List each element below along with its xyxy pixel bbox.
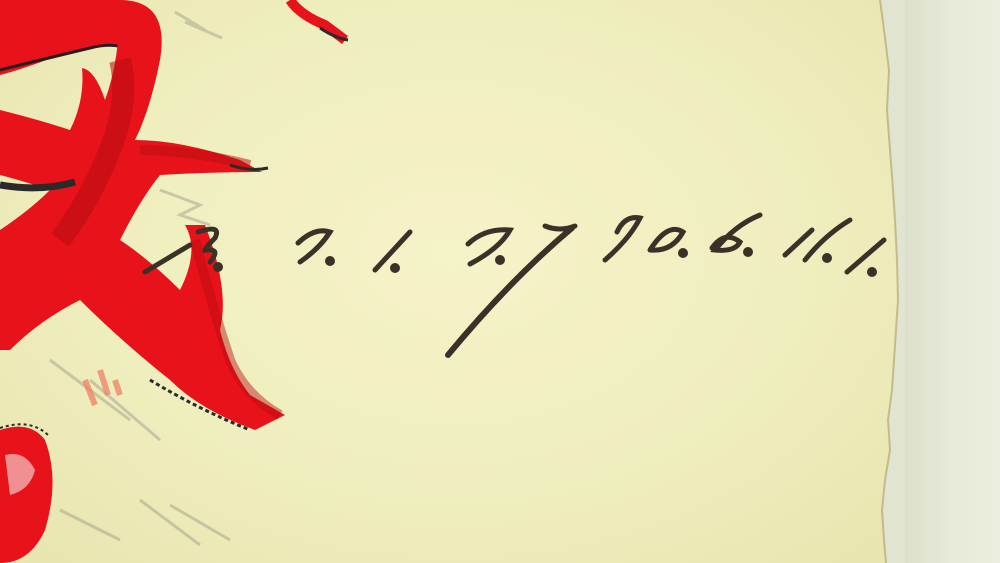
red-coral-painting [0,0,348,563]
handwritten-notation [145,215,884,355]
artwork-layer [0,0,1000,563]
torn-paper-edge [880,0,905,563]
photo-scene: 13. 2. 1. 2. 7 20. 8. 17. 1. [0,0,1000,563]
